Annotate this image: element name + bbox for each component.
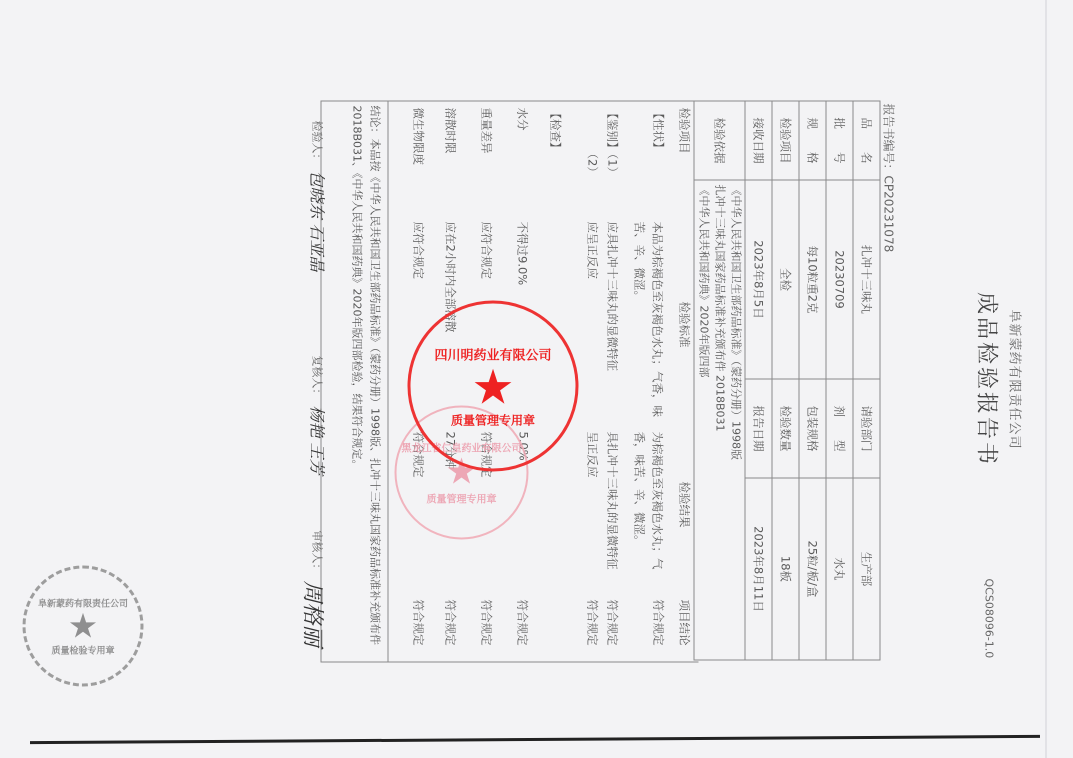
stamp-gray: 阜新蒙药有限责任公司 ★ 质量检验专用章 [22,565,143,686]
conclusion-text: 结论：本品按《中华人民共和国卫生部药品标准》（蒙药分册）1998版、扎冲十三味丸… [350,105,381,645]
report-date-value: 2023年8月11日 [745,478,772,660]
info-row: 检验项目 全检 检验数量 18板 [772,101,799,660]
received-date-value: 2023年8月5日 [745,180,772,379]
stamp-red-purpose: 质量管理专用章 [450,411,534,428]
spec-label: 规 格 [799,101,826,180]
basis-line: 《中华人民共和国卫生部药品标准》（蒙药分册）1998版 [727,184,743,655]
result-item: （2） [584,147,600,177]
packaging-label: 包装规格 [799,379,826,478]
report-number-label: 报告书编号： [881,103,895,175]
info-row: 检验依据 《中华人民共和国卫生部药品标准》（蒙药分册）1998版 扎冲十三味丸国… [694,101,745,660]
info-row: 规 格 每10粒重2克 包装规格 25粒/板/盒 [799,101,826,660]
result-item: 【检查】 [547,107,563,153]
result-value: 为棕褐色至灰褐色水丸；气香，味苦、辛、微涩。 [630,431,666,591]
info-row: 品 名 扎冲十三味丸 请验部门 生产部 [853,101,880,660]
result-standard: 不得过9.0% [514,221,530,285]
approver-label: 审核人： [309,530,325,574]
result-item: 【性状】 [650,107,666,153]
result-conclusion: 符合规定 [604,599,620,645]
result-conclusion: 符合规定 [584,599,600,645]
dosage-form-label: 剂 型 [826,379,853,478]
result-conclusion: 符合规定 [442,599,458,645]
result-value: 具扎冲十三味丸的显微特征 [604,431,620,569]
requesting-dept-value: 生产部 [853,478,880,660]
result-standard: 本品为棕褐色至灰褐色水丸；气香，味苦、辛、微涩。 [630,221,666,421]
conclusion-box: 结论：本品按《中华人民共和国卫生部药品标准》（蒙药分册）1998版、扎冲十三味丸… [320,100,388,662]
report-number-value: CP20231078 [881,175,895,252]
received-date-label: 接收日期 [745,101,772,180]
report-page: 阜新蒙药有限责任公司 成品检验报告书 QCS08096-1.0 报告书编号：CP… [0,0,1073,758]
inspector-signature: 包晓东 石亚晶 [306,170,329,271]
dosage-form-value: 水丸 [826,478,853,660]
col-item: 检验项目 [676,107,692,153]
star-icon: ★ [471,363,514,411]
approver-signature: 周格丽 [298,580,329,646]
star-icon: ★ [67,609,97,643]
result-item: 溶散时限 [442,107,458,153]
test-item-value: 全检 [772,180,799,379]
result-value: 呈正反应 [584,431,600,477]
col-conclusion: 项目结论 [676,599,692,645]
batch-label: 批 号 [826,101,853,180]
result-conclusion: 符合规定 [478,599,494,645]
result-conclusion: 符合规定 [514,599,530,645]
report-number: 报告书编号：CP20231078 [880,103,897,252]
requesting-dept-label: 请验部门 [853,379,880,478]
result-item: 微生物限度 [410,107,426,165]
test-quantity-value: 18板 [772,478,799,660]
product-name-value: 扎冲十三味丸 [853,180,880,379]
info-row: 接收日期 2023年8月5日 报告日期 2023年8月11日 [745,101,772,660]
col-standard: 检验标准 [676,301,692,347]
reviewer-signature: 杨艳 王芳 [306,405,329,474]
test-quantity-label: 检验数量 [772,379,799,478]
report-date-label: 报告日期 [745,379,772,478]
spec-value: 每10粒重2克 [799,180,826,379]
basis-value: 《中华人民共和国卫生部药品标准》（蒙药分册）1998版 扎冲十三味丸国家药品标准… [694,180,745,660]
result-item: 重量差异 [478,107,494,153]
product-name-label: 品 名 [853,101,880,180]
batch-value: 20230709 [826,180,853,379]
result-standard: 应符合规定 [478,221,494,279]
result-standard: 应呈正反应 [584,221,600,279]
company-name: 阜新蒙药有限责任公司 [1006,0,1025,758]
result-conclusion: 符合规定 [650,599,666,645]
stamp-gray-purpose: 质量检验专用章 [51,643,114,656]
basis-label: 检验依据 [694,101,745,180]
stamp-pink-purpose: 质量管理专用章 [426,490,496,505]
document-code: QCS08096-1.0 [982,578,995,658]
test-item-label: 检验项目 [772,101,799,180]
col-result: 检验结果 [676,481,692,527]
basis-line: 扎冲十三味丸国家药品标准补充颁布件 2018B031 [711,184,727,655]
result-standard: 应符合规定 [410,221,426,279]
packaging-value: 25粒/板/盒 [799,478,826,660]
inspector-label: 检验人： [309,120,325,164]
result-standard: 应具扎冲十三味丸的显微特征 [604,221,620,371]
result-item: 水分 [514,107,530,130]
reviewer-label: 复核人： [309,355,325,399]
info-row: 批 号 20230709 剂 型 水丸 [826,101,853,660]
stamp-red: 四川明药业有限公司 ★ 质量管理专用章 [407,300,578,471]
result-item: 【鉴别】（1） [604,107,620,178]
result-conclusion: 符合规定 [410,599,426,645]
info-table: 品 名 扎冲十三味丸 请验部门 生产部 批 号 20230709 剂 型 水丸 … [693,100,880,660]
